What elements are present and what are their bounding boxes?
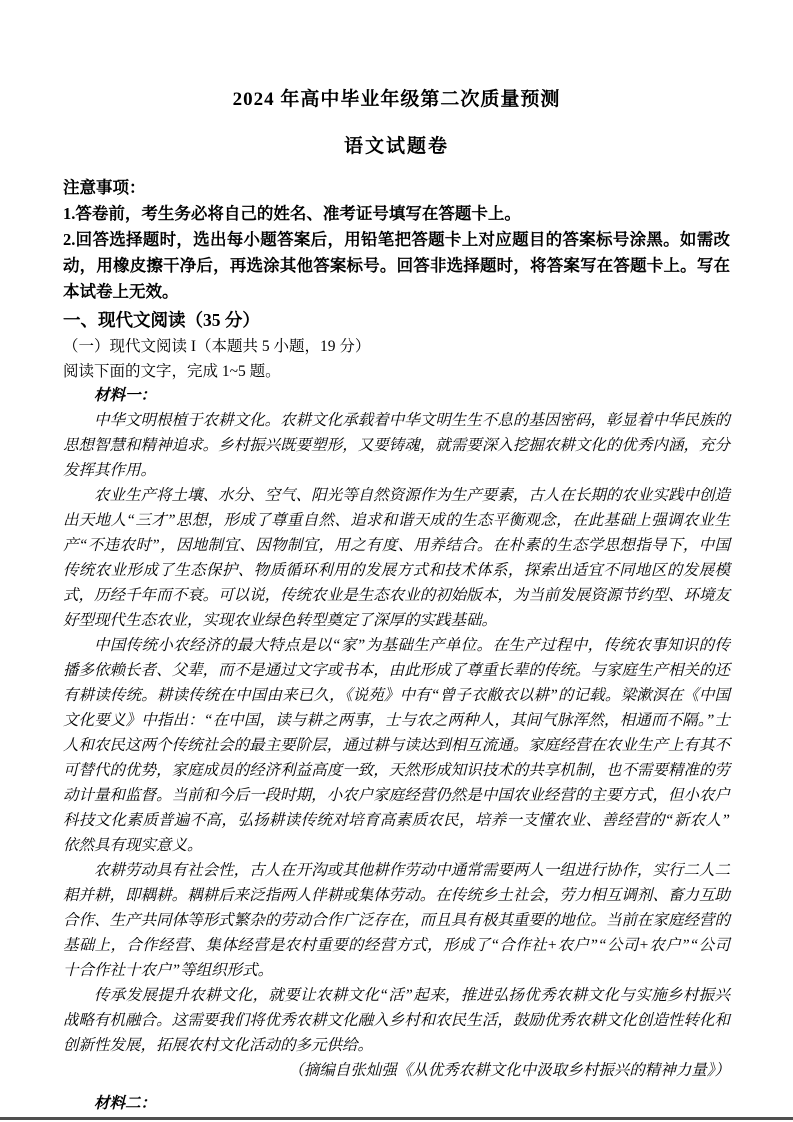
material-one-paragraph-5: 传承发展提升农耕文化，就要让农耕文化“活”起来，推进弘扬优秀农耕文化与实施乡村振…: [63, 983, 730, 1058]
material-two-label: 材料二：: [63, 1092, 730, 1116]
doc-title: 2024 年高中毕业年级第二次质量预测: [63, 88, 730, 111]
section-heading: 一、现代文阅读（35 分）: [63, 307, 730, 334]
material-one-label: 材料一：: [63, 384, 730, 408]
notice-heading: 注意事项：: [63, 175, 730, 201]
section-subheading: （一）现代文阅读 I（本题共 5 小题，19 分）: [63, 334, 730, 359]
material-one-attribution: （摘编自张灿强《从优秀农耕文化中汲取乡村振兴的精神力量》）: [63, 1058, 730, 1083]
notice-section: 注意事项： 1.答卷前，考生务必将自己的姓名、准考证号填写在答题卡上。 2.回答…: [63, 175, 730, 305]
exam-page: 2024 年高中毕业年级第二次质量预测 语文试题卷 注意事项： 1.答卷前，考生…: [0, 0, 793, 1122]
notice-item-2: 2.回答选择题时，选出每小题答案后，用铅笔把答题卡上对应题目的答案标号涂黑。如需…: [63, 227, 730, 305]
page-bottom-border: [0, 1117, 793, 1120]
doc-subtitle: 语文试题卷: [63, 135, 730, 158]
material-one-body: 中华文明根植于农耕文化。农耕文化承载着中华文明生生不息的基因密码，彰显着中华民族…: [63, 408, 730, 1058]
material-one-paragraph-1: 中华文明根植于农耕文化。农耕文化承载着中华文明生生不息的基因密码，彰显着中华民族…: [63, 408, 730, 483]
material-one-paragraph-4: 农耕劳动具有社会性，古人在开沟或其他耕作劳动中通常需要两人一组进行协作，实行二人…: [63, 858, 730, 983]
material-one-paragraph-3: 中国传统小农经济的最大特点是以“家”为基础生产单位。在生产过程中，传统农事知识的…: [63, 633, 730, 858]
notice-item-1: 1.答卷前，考生务必将自己的姓名、准考证号填写在答题卡上。: [63, 201, 730, 227]
material-one-paragraph-2: 农业生产将土壤、水分、空气、阳光等自然资源作为生产要素，古人在长期的农业实践中创…: [63, 483, 730, 633]
reading-instruction: 阅读下面的文字，完成 1~5 题。: [63, 359, 730, 384]
